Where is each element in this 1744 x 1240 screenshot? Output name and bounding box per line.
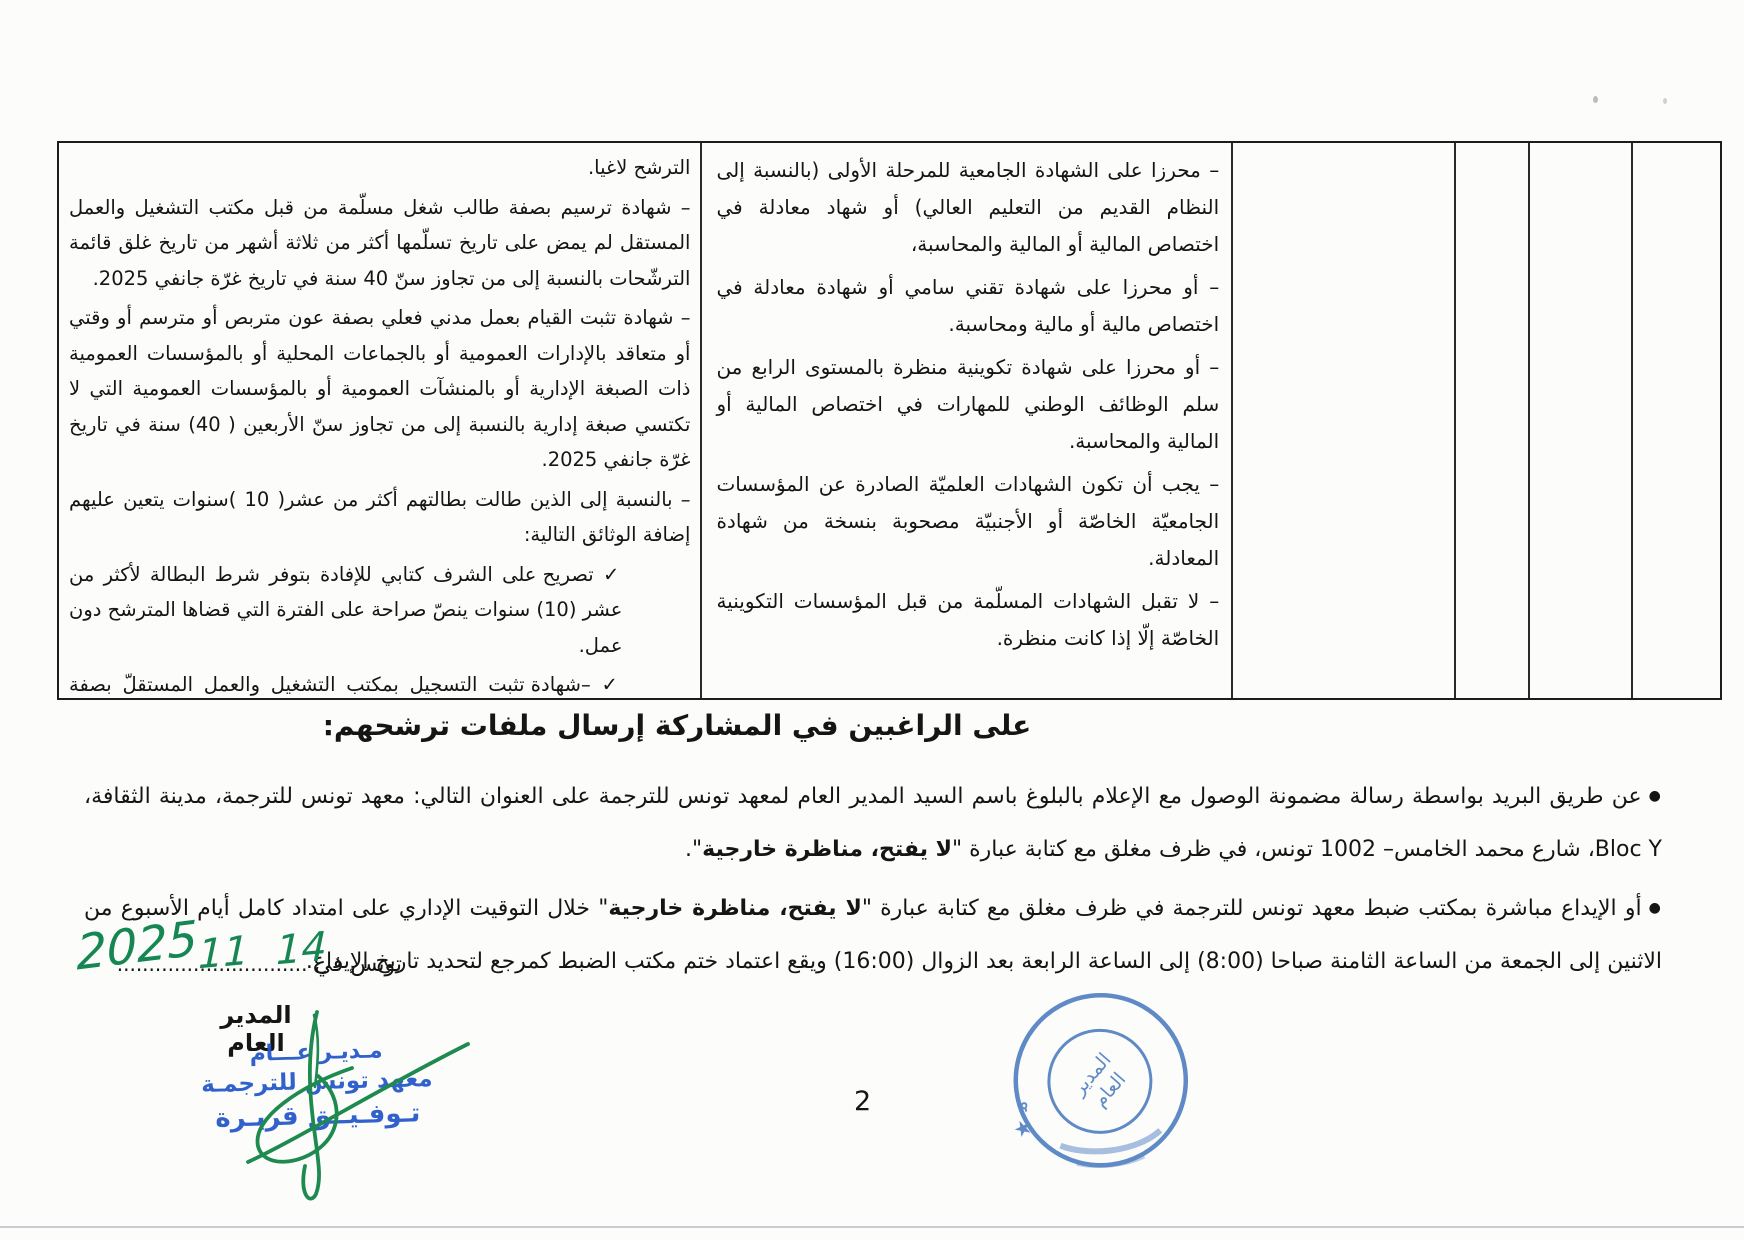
bullet-marker-icon: ● (1649, 900, 1662, 916)
round-stamp-star-icon: ★ (1009, 1114, 1036, 1144)
scanned-document-page: { "colors":{ "paper":"#fcfcfb", "ink":"#… (0, 0, 1744, 1240)
round-stamp-center-label: المدير العام (1067, 1049, 1134, 1116)
dash-marker-icon: – (681, 306, 691, 329)
dash-marker-icon: – (1209, 158, 1219, 182)
table-item: – محرزا على الشهادة الجامعية للمرحلة الأ… (716, 152, 1219, 263)
section-heading: على الراغبين في المشاركة إرسال ملفات ترش… (57, 706, 1297, 746)
dash-marker-icon: – (1209, 355, 1219, 379)
bullet-item: ●عن طريق البريد بواسطة رسالة مضمونة الوص… (84, 770, 1662, 876)
round-stamp-inner-circle (1043, 1025, 1157, 1139)
bullet-marker-icon: ● (1649, 788, 1662, 804)
dash-marker-icon: – (1209, 472, 1219, 496)
table-item: – شهادة تثبت القيام بعمل مدني فعلي بصفة … (69, 300, 690, 478)
dash-marker-icon: – (681, 196, 691, 219)
page-edge-line (0, 1226, 1744, 1228)
scan-speck (1663, 98, 1667, 104)
page-number: 2 (854, 1086, 871, 1117)
signature-scribble (228, 1003, 484, 1209)
bullet-text-bold: لا يفتح، مناظرة خارجية (702, 837, 952, 862)
dash-marker-icon: – (1209, 275, 1219, 299)
check-marker-icon: ✓ (603, 563, 622, 586)
table-cell-required-documents: الترشح لاغيا.– شهادة ترسيم بصفة طالب شغل… (59, 143, 700, 698)
table-empty-column-3 (1454, 143, 1529, 698)
table-item: – لا تقبل الشهادات المسلّمة من قبل المؤس… (716, 583, 1219, 657)
table-item: ✓ –شهادة تثبت التسجيل بمكتب التشغيل والع… (69, 667, 622, 698)
table-item: – شهادة ترسيم بصفة طالب شغل مسلّمة من قب… (69, 190, 690, 297)
dash-marker-icon: – (1209, 589, 1219, 613)
table-item: ✓ تصريح على الشرف كتابي للإفادة بتوفر شر… (69, 557, 622, 664)
round-stamp-ring-label: معهد تونس للترجمة (996, 975, 1033, 1117)
table-cell-degree-requirements: – محرزا على الشهادة الجامعية للمرحلة الأ… (700, 143, 1231, 698)
bullet-text: ". (685, 837, 702, 862)
bullet-text-bold: لا يفتح، مناظرة خارجية (608, 896, 862, 921)
round-stamp: معهد تونس للترجمة المدير العام ★ (996, 973, 1210, 1191)
table-item: – يجب أن تكون الشهادات العلميّة الصادرة … (716, 466, 1219, 577)
table-empty-column-4 (1231, 143, 1453, 698)
bullet-text: أو الإيداع مباشرة بمكتب ضبط معهد تونس لل… (862, 896, 1642, 921)
table-item: الترشح لاغيا. (69, 150, 690, 186)
scan-speck (1593, 96, 1598, 103)
dash-marker-icon: – (681, 488, 691, 511)
table-item: – أو محرزا على شهادة تقني سامي أو شهادة … (716, 269, 1219, 343)
requirements-table: – محرزا على الشهادة الجامعية للمرحلة الأ… (57, 141, 1722, 700)
table-item: – أو محرزا على شهادة تكوينية منظرة بالمس… (716, 349, 1219, 460)
table-empty-column-2 (1528, 143, 1631, 698)
check-marker-icon: ✓ (602, 673, 623, 696)
table-item: – بالنسبة إلى الذين طالت بطالتهم أكثر من… (69, 482, 690, 553)
handwritten-day: 14 (276, 924, 328, 975)
handwritten-month: 11 (198, 928, 250, 979)
table-empty-column-1 (1631, 143, 1720, 698)
city-date-label: تونس في (314, 952, 402, 977)
